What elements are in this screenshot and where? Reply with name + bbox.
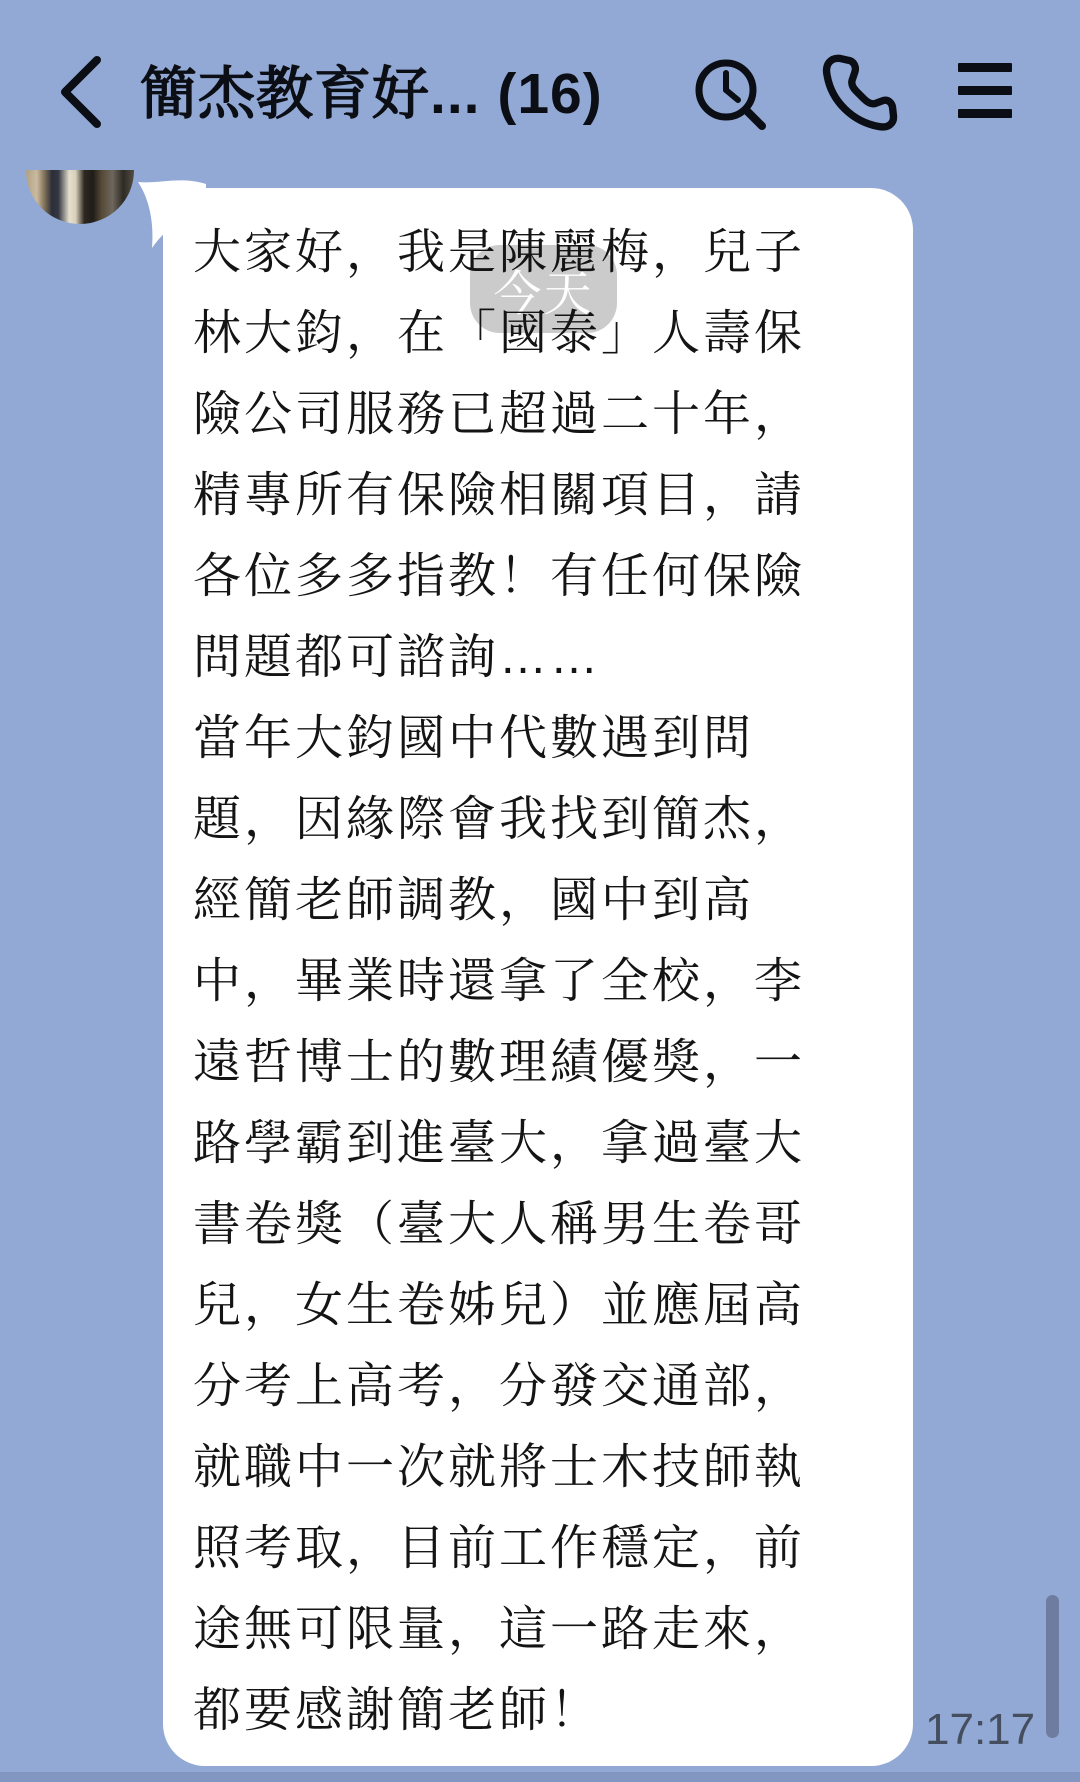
message-line: 就職中一次就將士木技師執 xyxy=(193,1427,805,1508)
message-line: 題，因緣際會我找到簡杰， xyxy=(193,779,805,860)
message-line: 途無可限量，這一路走來， xyxy=(193,1589,805,1670)
avatar-photo xyxy=(26,170,134,224)
bottom-edge-strip xyxy=(0,1772,1080,1782)
back-chevron-icon xyxy=(55,120,111,135)
message-line: 中，畢業時還拿了全校，李 xyxy=(193,941,805,1022)
call-button[interactable] xyxy=(818,52,900,138)
menu-button[interactable] xyxy=(952,58,1018,128)
chat-header: 簡杰教育好... (16) xyxy=(0,0,1080,150)
phone-icon xyxy=(818,126,900,141)
chat-screen: 簡杰教育好... (16) xyxy=(0,0,1080,1782)
message-text: 大家好，我是陳麗梅，兒子林大鈞，在「國泰」人壽保險公司服務已超過二十年，精專所有… xyxy=(193,212,805,1751)
message-line: 險公司服務已超過二十年， xyxy=(193,374,805,455)
message-line: 問題都可諮詢…… xyxy=(193,617,805,698)
message-line: 遠哲博士的數理績優獎，一 xyxy=(193,1022,805,1103)
message-line: 經簡老師調教，國中到高 xyxy=(193,860,805,941)
search-button[interactable] xyxy=(688,52,774,138)
chat-title: 簡杰教育好... (16) xyxy=(140,54,660,134)
back-button[interactable] xyxy=(55,52,111,132)
message-line: 照考取，目前工作穩定，前 xyxy=(193,1508,805,1589)
message-line: 當年大鈞國中代數遇到問 xyxy=(193,698,805,779)
message-line: 書卷獎（臺大人稱男生卷哥 xyxy=(193,1184,805,1265)
message-line: 路學霸到進臺大，拿過臺大 xyxy=(193,1103,805,1184)
message-line: 兒，女生卷姊兒）並應屆高 xyxy=(193,1265,805,1346)
search-history-icon xyxy=(688,126,774,141)
message-line: 精專所有保險相關項目，請 xyxy=(193,455,805,536)
scrollbar-thumb[interactable] xyxy=(1046,1595,1059,1738)
message-line: 分考上高考，分發交通部， xyxy=(193,1346,805,1427)
message-line: 各位多多指教！有任何保險 xyxy=(193,536,805,617)
message-line: 林大鈞，在「國泰」人壽保 xyxy=(193,293,805,374)
message-line: 都要感謝簡老師！ xyxy=(193,1670,805,1751)
message-line: 大家好，我是陳麗梅，兒子 xyxy=(193,212,805,293)
sender-avatar[interactable] xyxy=(26,170,134,224)
message-timestamp: 17:17 xyxy=(925,1706,1045,1754)
